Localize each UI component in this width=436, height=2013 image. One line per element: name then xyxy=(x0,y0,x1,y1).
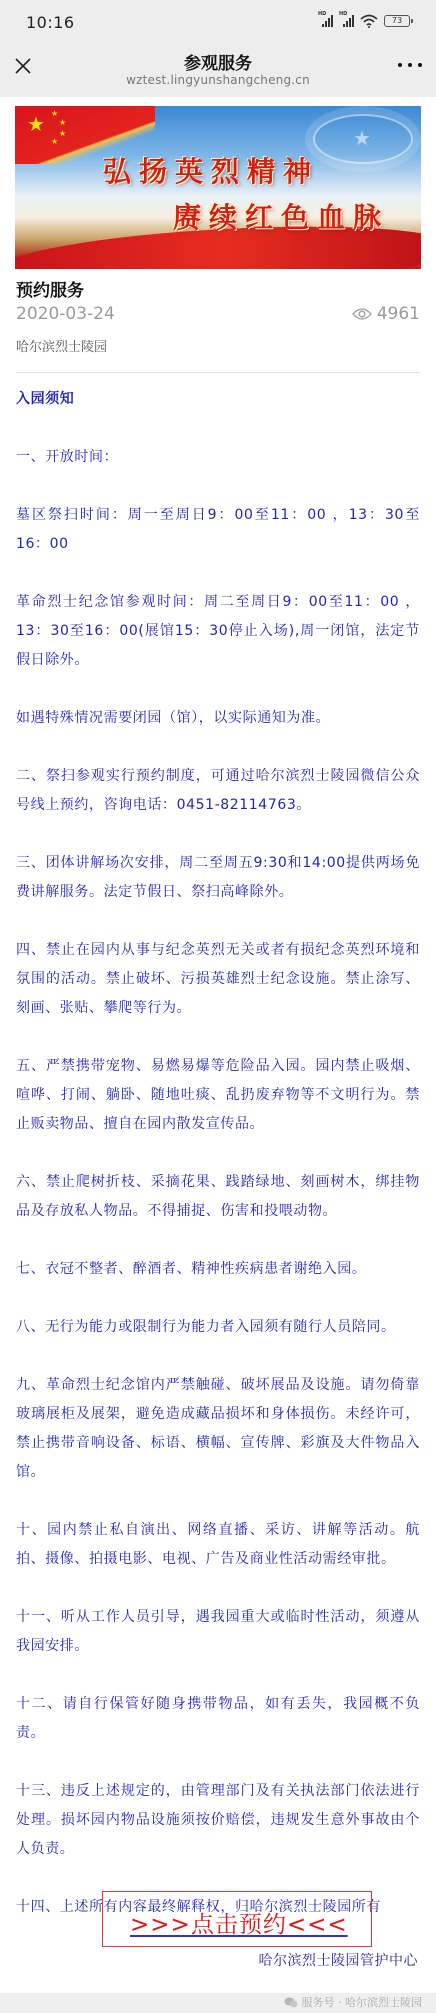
paragraph: 四、禁止在园内从事与纪念英烈无关或者有损纪念英烈环境和氛围的活动。禁止破坏、污损… xyxy=(16,936,420,1023)
wifi-icon xyxy=(360,14,378,28)
paragraph: 六、禁止爬树折枝、采摘花果、践踏绿地、刻画树木，绑挂物品及存放私人物品。不得捕捉… xyxy=(16,1168,420,1226)
banner-slogan-line2: 赓续红色血脉 xyxy=(173,196,389,236)
more-options-button[interactable] xyxy=(398,58,422,72)
star-icon: ★ xyxy=(59,119,66,127)
view-count-value: 4961 xyxy=(377,304,420,324)
cell-signal-icon: HD xyxy=(318,15,333,27)
paragraph: 十一、听从工作人员引导，遇我园重大或临时性活动，须遵从我园安排。 xyxy=(16,1603,420,1661)
paragraph: 革命烈士纪念馆参观时间：周二至周日9：00至11：00 ，13：30至16：00… xyxy=(16,588,420,675)
signoff-text: 哈尔滨烈士陵园管护中心 xyxy=(259,1950,419,1970)
paragraph: 五、严禁携带宠物、易燃易爆等危险品入园。园内禁止吸烟、喧哗、打闹、躺卧、随地吐痰… xyxy=(16,1052,420,1139)
battery-icon: 73 xyxy=(384,15,410,27)
article-title: 预约服务 xyxy=(16,276,84,301)
star-icon: ★ xyxy=(59,130,66,138)
paragraph: 八、无行为能力或限制行为能力者入园须有随行人员陪同。 xyxy=(16,1313,420,1342)
paragraph: 十、园内禁止私自演出、网络直播、采访、讲解等活动。航拍、摄像、拍摄电影、电视、广… xyxy=(16,1516,420,1574)
paragraph: 二、祭扫参观实行预约制度，可通过哈尔滨烈士陵园微信公众号线上预约，咨询电话：04… xyxy=(16,762,420,820)
footer-text: 服务号 · 哈尔滨烈士陵园 xyxy=(302,1994,423,2010)
wechat-icon xyxy=(284,1997,298,2008)
paragraph: 三、团体讲解场次安排，周二至周五9:30和14:00提供两场免费讲解服务。法定节… xyxy=(16,849,420,907)
paragraph: 一、开放时间： xyxy=(16,443,420,472)
hd-label-2: HD xyxy=(339,11,347,17)
dot-icon xyxy=(398,63,402,67)
star-icon: ★ xyxy=(51,138,58,146)
dot-icon xyxy=(418,63,422,67)
page-title: 参观服务 xyxy=(0,49,436,74)
divider xyxy=(16,372,420,373)
eye-icon xyxy=(352,307,372,321)
paragraph: 十二、请自行保管好随身携带物品，如有丢失，我园概不负责。 xyxy=(16,1690,420,1748)
paragraph: 墓区祭扫时间：周一至周日9：00至11：00 ，13：30至16：00 xyxy=(16,501,420,559)
page-url: wztest.lingyunshangcheng.cn xyxy=(0,73,436,87)
paragraph: 九、革命烈士纪念馆内严禁触碰、破坏展品及设施。请勿倚靠玻璃展柜及展架，避免造成藏… xyxy=(16,1371,420,1487)
dot-icon xyxy=(408,63,412,67)
view-count: 4961 xyxy=(352,304,420,324)
section-heading: 入园须知 xyxy=(16,385,420,414)
paragraph: 十三、违反上述规定的，由管理部门及有关执法部门依法进行处理。损坏园内物品设施须按… xyxy=(16,1777,420,1864)
banner-image: ★ ★ ★ ★ ★ 弘扬英烈精神 赓续红色血脉 xyxy=(15,106,421,269)
hd-label: HD xyxy=(318,11,326,17)
article-body: 入园须知 一、开放时间： 墓区祭扫时间：周一至周日9：00至11：00 ，13：… xyxy=(16,385,420,1922)
emblem-rings-graphic xyxy=(313,114,413,164)
article-date: 2020-03-24 xyxy=(16,304,115,324)
paragraph: 如遇特殊情况需要闭园（馆），以实际通知为准。 xyxy=(16,704,420,733)
banner-slogan-line1: 弘扬英烈精神 xyxy=(103,150,319,190)
top-bar: 10:16 HD HD 73 参观服务 wztest.lingyunshangc… xyxy=(0,0,436,97)
star-icon: ★ xyxy=(51,110,58,118)
service-account-link[interactable]: 服务号 · 哈尔滨烈士陵园 xyxy=(284,1994,423,2010)
paragraph: 七、衣冠不整者、醉酒者、精神性疾病患者谢绝入园。 xyxy=(16,1255,420,1284)
status-time: 10:16 xyxy=(26,13,75,32)
booking-link[interactable]: >>>点击预约<<< xyxy=(130,1906,348,1939)
cell-signal-icon-2: HD xyxy=(339,15,354,27)
article-source[interactable]: 哈尔滨烈士陵园 xyxy=(16,336,107,355)
status-icons: HD HD 73 xyxy=(318,14,410,28)
star-icon: ★ xyxy=(27,114,45,134)
